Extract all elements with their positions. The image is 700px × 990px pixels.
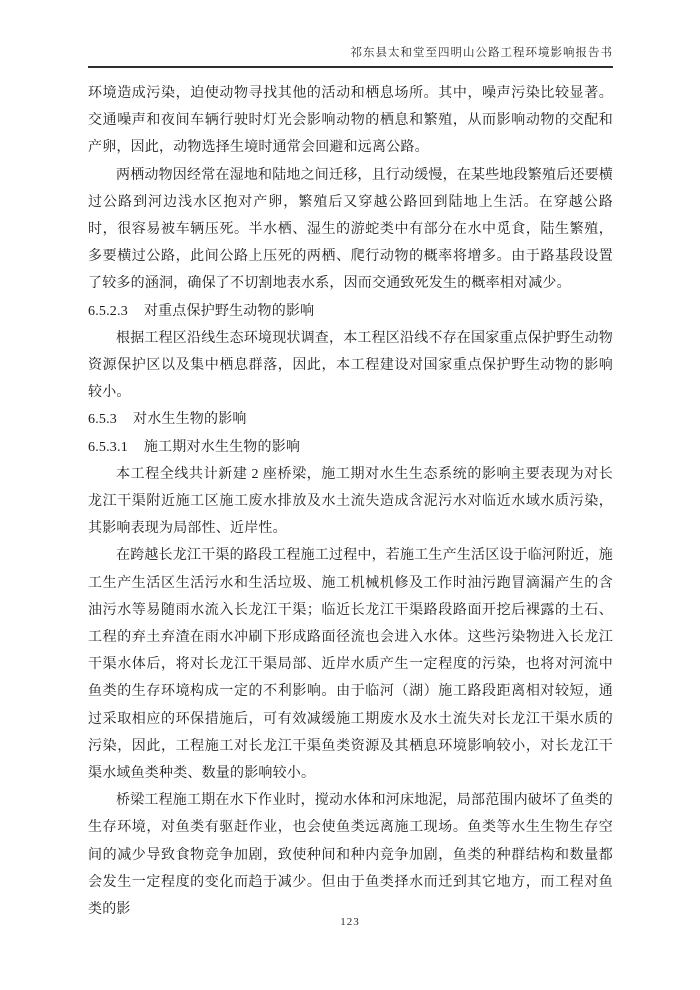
section-heading-6-5-3-1: 6.5.3.1 施工期对水生生物的影响 (88, 434, 613, 461)
paragraph: 两栖动物因经常在湿地和陆地之间迁移，且行动缓慢，在某些地段繁殖后还要横过公路到河… (88, 162, 613, 298)
section-number: 6.5.3.1 (88, 434, 128, 461)
document-page: 祁东县太和堂至四明山公路工程环境影响报告书 环境造成污染，迫使动物寻找其他的活动… (0, 0, 700, 990)
section-title: 对重点保护野生动物的影响 (144, 298, 314, 325)
running-header: 祁东县太和堂至四明山公路工程环境影响报告书 (88, 44, 613, 68)
page-number: 123 (0, 916, 700, 928)
paragraph: 桥梁工程施工期在水下作业时，搅动水体和河床地泥，局部范围内破坏了鱼类的生存环境，… (88, 787, 613, 923)
section-number: 6.5.3 (88, 406, 117, 433)
paragraph: 环境造成污染，迫使动物寻找其他的活动和栖息场所。其中，噪声污染比较显著。交通噪声… (88, 80, 613, 162)
document-body: 环境造成污染，迫使动物寻找其他的活动和栖息场所。其中，噪声污染比较显著。交通噪声… (88, 80, 613, 923)
section-title: 施工期对水生生物的影响 (144, 434, 300, 461)
section-heading-6-5-3: 6.5.3 对水生生物的影响 (88, 406, 613, 433)
paragraph: 本工程全线共计新建 2 座桥梁，施工期对水生生态系统的影响主要表现为对长龙江干渠… (88, 461, 613, 543)
section-number: 6.5.2.3 (88, 298, 128, 325)
section-heading-6-5-2-3: 6.5.2.3 对重点保护野生动物的影响 (88, 298, 613, 325)
paragraph: 根据工程区沿线生态环境现状调查，本工程区沿线不存在国家重点保护野生动物资源保护区… (88, 325, 613, 407)
section-title: 对水生生物的影响 (133, 406, 247, 433)
paragraph: 在跨越长龙江干渠的路段工程施工过程中，若施工生产生活区设于临河附近，施工生产生活… (88, 542, 613, 787)
